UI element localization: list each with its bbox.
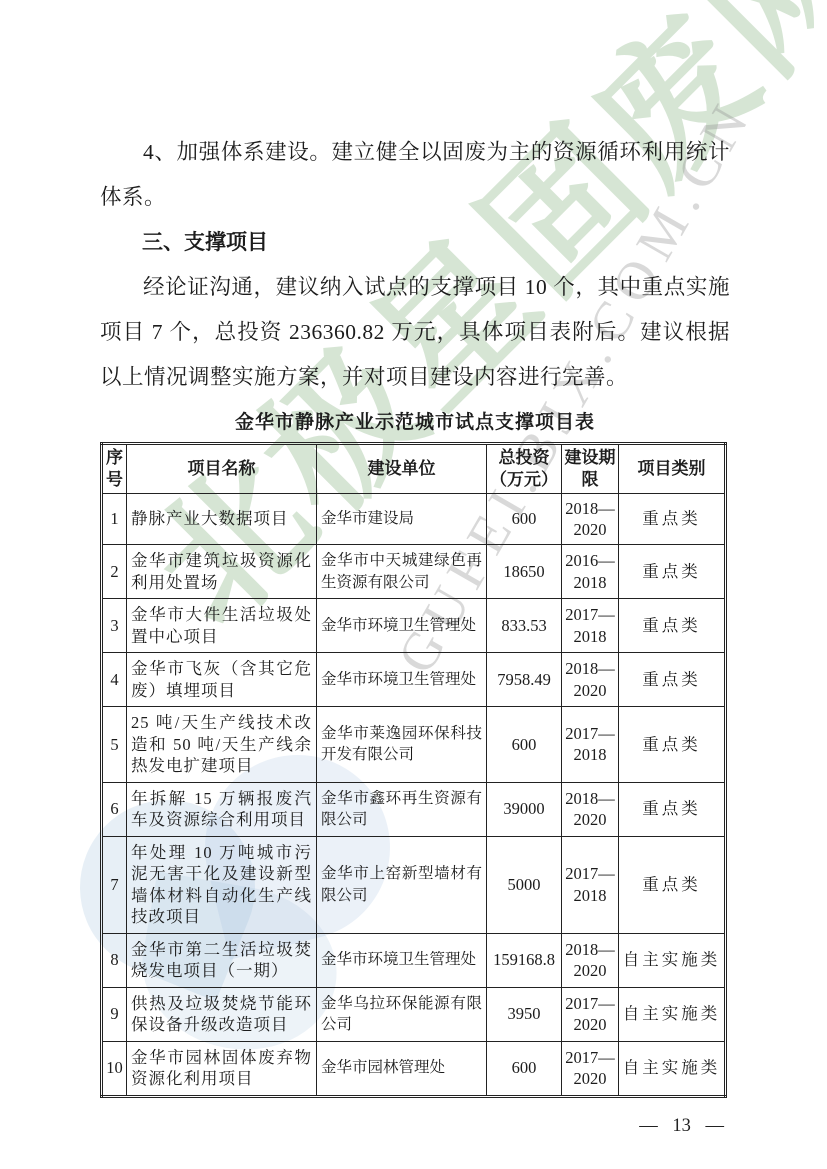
cell-seq: 4 <box>102 653 127 707</box>
cell-investment: 600 <box>487 494 562 545</box>
support-projects-table: 序号 项目名称 建设单位 总投资（万元） 建设期限 项目类别 1静脉产业大数据项… <box>100 442 727 1098</box>
cell-category: 重点类 <box>619 782 726 836</box>
cell-category: 自主实施类 <box>619 1041 726 1096</box>
cell-project-name: 年处理 10 万吨城市污泥无害干化及建设新型墙体材料自动化生产线技改项目 <box>127 836 317 933</box>
cell-construction-unit: 金华市环境卫生管理处 <box>317 599 487 653</box>
cell-seq: 10 <box>102 1041 127 1096</box>
cell-period: 2017—2020 <box>562 1041 619 1096</box>
cell-period: 2017—2018 <box>562 836 619 933</box>
cell-investment: 600 <box>487 1041 562 1096</box>
cell-construction-unit: 金华市中天城建绿色再生资源有限公司 <box>317 545 487 599</box>
cell-construction-unit: 金华乌拉环保能源有限公司 <box>317 987 487 1041</box>
cell-investment: 7958.49 <box>487 653 562 707</box>
table-row: 4金华市飞灰（含其它危废）填埋项目金华市环境卫生管理处7958.492018—2… <box>102 653 726 707</box>
cell-category: 重点类 <box>619 836 726 933</box>
cell-seq: 3 <box>102 599 127 653</box>
cell-construction-unit: 金华市上窑新型墙材有限公司 <box>317 836 487 933</box>
cell-construction-unit: 金华市鑫环再生资源有限公司 <box>317 782 487 836</box>
cell-project-name: 25 吨/天生产线技术改造和 50 吨/天生产线余热发电扩建项目 <box>127 707 317 783</box>
page-number-text: — 13 — <box>639 1116 724 1136</box>
table-row: 7年处理 10 万吨城市污泥无害干化及建设新型墙体材料自动化生产线技改项目金华市… <box>102 836 726 933</box>
cell-seq: 1 <box>102 494 127 545</box>
table-title: 金华市静脉产业示范城市试点支撑项目表 <box>100 408 730 438</box>
table-row: 1静脉产业大数据项目金华市建设局6002018—2020重点类 <box>102 494 726 545</box>
cell-seq: 5 <box>102 707 127 783</box>
cell-investment: 3950 <box>487 987 562 1041</box>
cell-project-name: 金华市园林固体废弃物资源化利用项目 <box>127 1041 317 1096</box>
cell-investment: 833.53 <box>487 599 562 653</box>
table-row: 525 吨/天生产线技术改造和 50 吨/天生产线余热发电扩建项目金华市莱逸园环… <box>102 707 726 783</box>
table-header-row: 序号 项目名称 建设单位 总投资（万元） 建设期限 项目类别 <box>102 444 726 494</box>
cell-construction-unit: 金华市环境卫生管理处 <box>317 933 487 987</box>
column-header-seq: 序号 <box>102 444 127 494</box>
cell-project-name: 金华市第二生活垃圾焚烧发电项目（一期） <box>127 933 317 987</box>
cell-period: 2016—2018 <box>562 545 619 599</box>
section-heading: 三、支撑项目 <box>100 220 730 265</box>
document-page: 4、加强体系建设。建立健全以固废为主的资源循环利用统计体系。 三、支撑项目 经论… <box>0 0 827 1137</box>
cell-project-name: 供热及垃圾焚烧节能环保设备升级改造项目 <box>127 987 317 1041</box>
cell-period: 2017—2018 <box>562 599 619 653</box>
cell-project-name: 金华市飞灰（含其它危废）填埋项目 <box>127 653 317 707</box>
column-header-construction-unit: 建设单位 <box>317 444 487 494</box>
cell-investment: 5000 <box>487 836 562 933</box>
cell-period: 2017—2020 <box>562 987 619 1041</box>
table-row: 9供热及垃圾焚烧节能环保设备升级改造项目金华乌拉环保能源有限公司39502017… <box>102 987 726 1041</box>
cell-category: 重点类 <box>619 653 726 707</box>
cell-seq: 8 <box>102 933 127 987</box>
table-row: 2金华市建筑垃圾资源化利用处置场金华市中天城建绿色再生资源有限公司1865020… <box>102 545 726 599</box>
column-header-project-name: 项目名称 <box>127 444 317 494</box>
cell-construction-unit: 金华市环境卫生管理处 <box>317 653 487 707</box>
paragraph-projects-summary: 经论证沟通，建议纳入试点的支撑项目 10 个，其中重点实施项目 7 个，总投资 … <box>100 265 730 400</box>
column-header-period: 建设期限 <box>562 444 619 494</box>
cell-period: 2017—2018 <box>562 707 619 783</box>
cell-period: 2018—2020 <box>562 494 619 545</box>
column-header-category: 项目类别 <box>619 444 726 494</box>
cell-category: 自主实施类 <box>619 987 726 1041</box>
cell-project-name: 年拆解 15 万辆报废汽车及资源综合利用项目 <box>127 782 317 836</box>
cell-category: 重点类 <box>619 599 726 653</box>
cell-investment: 39000 <box>487 782 562 836</box>
cell-project-name: 静脉产业大数据项目 <box>127 494 317 545</box>
table-row: 8金华市第二生活垃圾焚烧发电项目（一期）金华市环境卫生管理处159168.820… <box>102 933 726 987</box>
table-row: 3金华市大件生活垃圾处置中心项目金华市环境卫生管理处833.532017—201… <box>102 599 726 653</box>
cell-seq: 2 <box>102 545 127 599</box>
cell-category: 重点类 <box>619 545 726 599</box>
cell-category: 自主实施类 <box>619 933 726 987</box>
cell-period: 2018—2020 <box>562 782 619 836</box>
cell-seq: 7 <box>102 836 127 933</box>
cell-project-name: 金华市大件生活垃圾处置中心项目 <box>127 599 317 653</box>
paragraph-system-building: 4、加强体系建设。建立健全以固废为主的资源循环利用统计体系。 <box>100 130 730 220</box>
cell-seq: 9 <box>102 987 127 1041</box>
cell-construction-unit: 金华市建设局 <box>317 494 487 545</box>
cell-period: 2018—2020 <box>562 933 619 987</box>
cell-investment: 18650 <box>487 545 562 599</box>
table-row: 6年拆解 15 万辆报废汽车及资源综合利用项目金华市鑫环再生资源有限公司3900… <box>102 782 726 836</box>
cell-investment: 159168.8 <box>487 933 562 987</box>
column-header-investment: 总投资（万元） <box>487 444 562 494</box>
cell-construction-unit: 金华市园林管理处 <box>317 1041 487 1096</box>
cell-category: 重点类 <box>619 494 726 545</box>
page-number: — 13 — <box>100 1116 752 1137</box>
cell-investment: 600 <box>487 707 562 783</box>
cell-seq: 6 <box>102 782 127 836</box>
cell-category: 重点类 <box>619 707 726 783</box>
cell-construction-unit: 金华市莱逸园环保科技开发有限公司 <box>317 707 487 783</box>
cell-period: 2018—2020 <box>562 653 619 707</box>
cell-project-name: 金华市建筑垃圾资源化利用处置场 <box>127 545 317 599</box>
table-row: 10金华市园林固体废弃物资源化利用项目金华市园林管理处6002017—2020自… <box>102 1041 726 1096</box>
